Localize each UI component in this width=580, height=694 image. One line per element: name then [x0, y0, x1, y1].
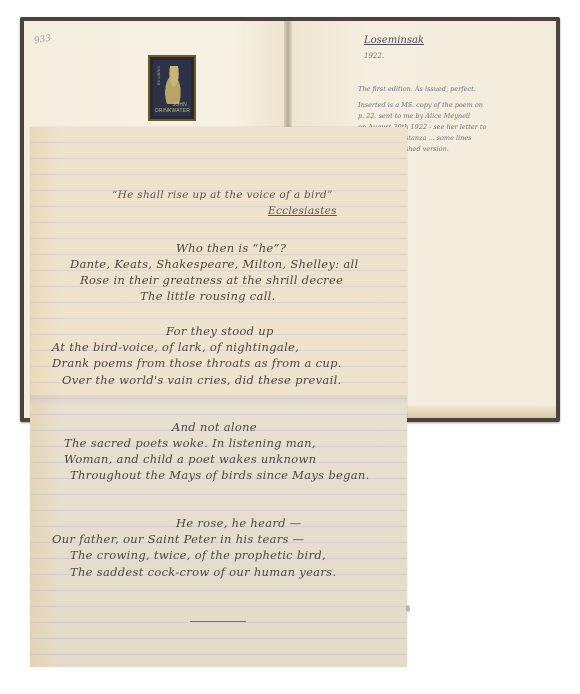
closing-flourish — [190, 619, 246, 622]
note-title: Loseminsak — [364, 35, 424, 46]
epigraph: “He shall rise up at the voice of a bird… — [112, 189, 333, 201]
stanza-4-line-4: The saddest cock-crow of our human years… — [70, 565, 336, 579]
stanza-1-line-3: Rose in their greatness at the shrill de… — [80, 273, 343, 287]
note-line: p. 22. sent to me by Alice Meynell — [358, 112, 470, 120]
shelf-number: 933 — [33, 34, 52, 47]
bookplate: EX LIBRIS JOHN DRINKWATER — [148, 55, 196, 121]
stanza-3-line-1: And not alone — [172, 420, 257, 434]
stanza-1-line-2: Dante, Keats, Shakespeare, Milton, Shell… — [70, 257, 358, 271]
stanza-2-line-4: Over the world's vain cries, did these p… — [62, 373, 342, 387]
bookplate-side-text: EX LIBRIS — [156, 66, 161, 85]
stanza-1-line-1: Who then is “he”? — [176, 241, 286, 255]
bookplate-owner: JOHN DRINKWATER — [155, 102, 189, 114]
stanza-4-line-1: He rose, he heard — — [176, 516, 302, 530]
stanza-2-line-2: At the bird-voice, of lark, of nightinga… — [52, 340, 299, 354]
stanza-2-line-1: For they stood up — [166, 324, 274, 338]
bookplate-panel: EX LIBRIS JOHN DRINKWATER — [153, 60, 191, 116]
epigraph-attribution: Ecclesiastes — [268, 205, 337, 217]
sheet-fold — [30, 395, 407, 405]
ink-spot — [406, 605, 410, 612]
stanza-4-line-3: The crowing, twice, of the prophetic bir… — [70, 548, 326, 562]
stanza-3-line-4: Throughout the Mays of birds since Mays … — [70, 468, 370, 482]
note-line: Inserted is a MS. copy of the poem on — [358, 101, 483, 109]
stanza-1-line-4: The little rousing call. — [140, 289, 276, 303]
kneeling-figure-icon — [163, 66, 185, 104]
stanza-3-line-2: The sacred poets woke. In listening man, — [64, 436, 316, 450]
manuscript-sheet: “He shall rise up at the voice of a bird… — [30, 127, 407, 667]
stanza-2-line-3: Drank poems from those throats as from a… — [52, 356, 342, 370]
note-line: The first edition. As issued, perfect. — [358, 85, 476, 93]
stanza-3-line-3: Woman, and child a poet wakes unknown — [64, 452, 316, 466]
note-year: 1922. — [364, 52, 384, 60]
bookplate-name-line2: DRINKWATER — [155, 108, 189, 114]
stanza-4-line-2: Our father, our Saint Peter in his tears… — [52, 532, 304, 546]
